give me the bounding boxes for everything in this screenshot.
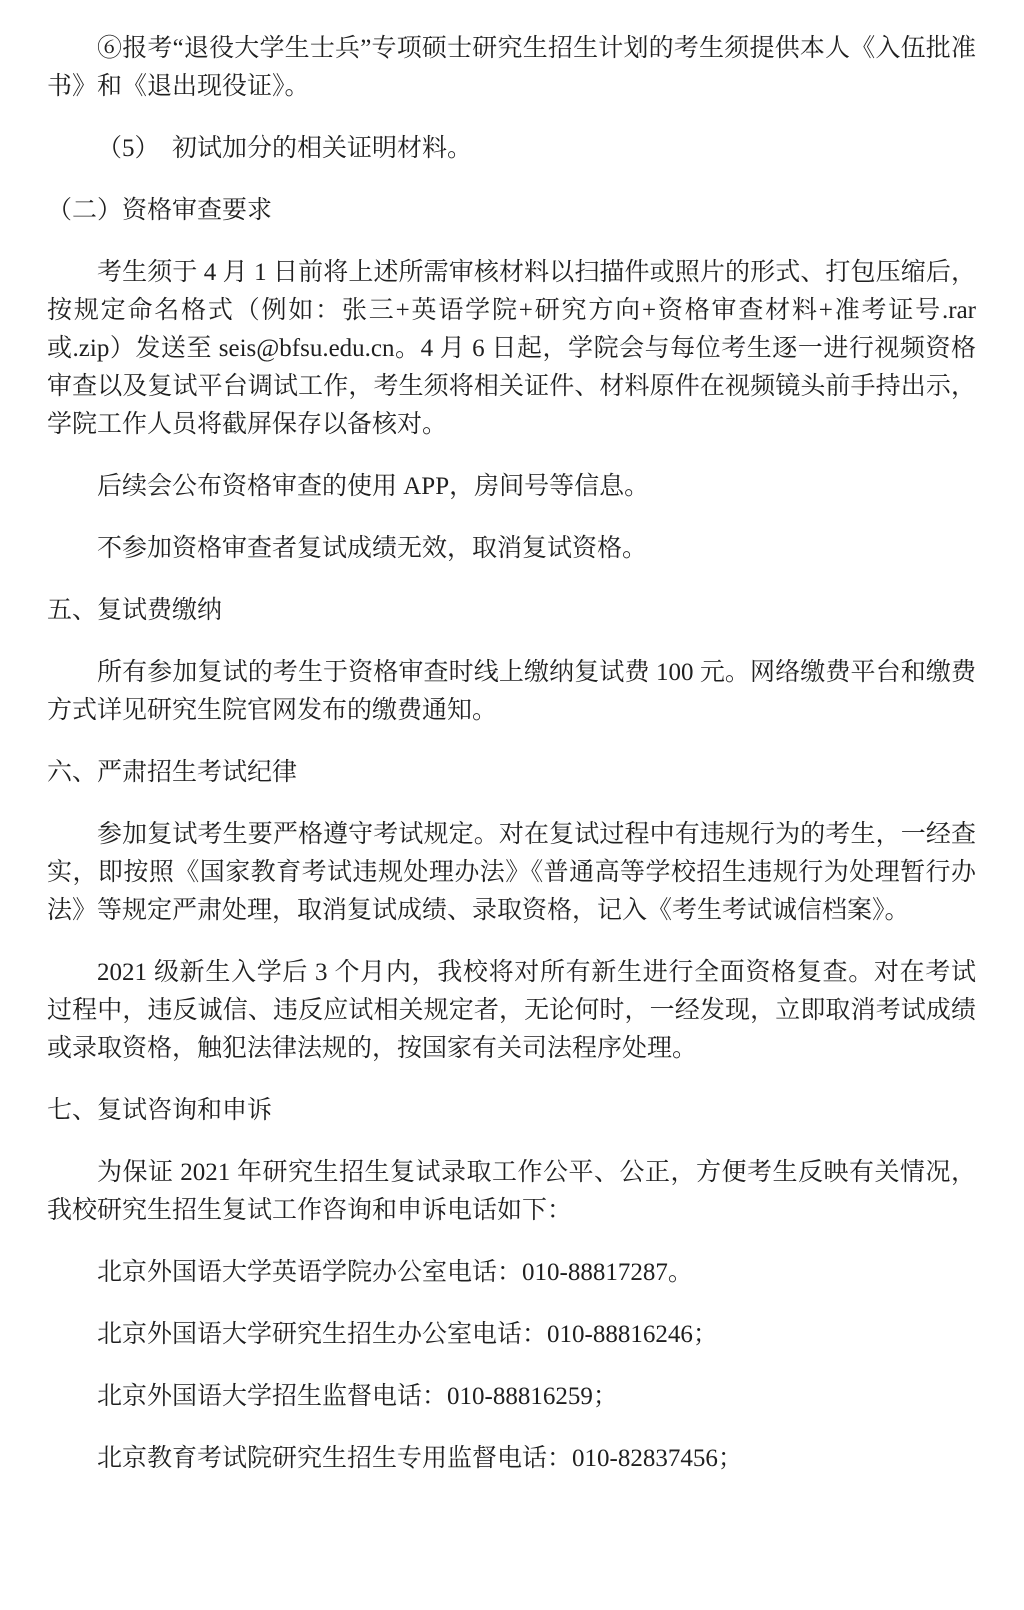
para-phone-graduate-admissions-office: 北京外国语大学研究生招生办公室电话：010-88816246； — [47, 1316, 976, 1354]
para-reexam-fee-details: 所有参加复试的考生于资格审查时线上缴纳复试费 100 元。网络缴费平台和缴费方式… — [47, 654, 976, 730]
para-phone-beijing-edu-exam-authority: 北京教育考试院研究生招生专用监督电话：010-82837456； — [47, 1440, 976, 1478]
para-no-review-invalid: 不参加资格审查者复试成绩无效，取消复试资格。 — [47, 530, 976, 568]
para-phone-english-school-office: 北京外国语大学英语学院办公室电话：010-88817287。 — [47, 1254, 976, 1292]
para-material-submission-instructions: 考生须于 4 月 1 日前将上述所需审核材料以扫描件或照片的形式、打包压缩后，按… — [47, 254, 976, 444]
heading-exam-discipline: 六、严肃招生考试纪律 — [47, 754, 976, 792]
heading-reexam-fee-payment: 五、复试费缴纳 — [47, 592, 976, 630]
para-consultation-intro: 为保证 2021 年研究生招生复试录取工作公平、公正，方便考生反映有关情况，我校… — [47, 1154, 976, 1230]
heading-consultation-appeal: 七、复试咨询和申诉 — [47, 1092, 976, 1130]
para-violation-handling: 参加复试考生要严格遵守考试规定。对在复试过程中有违规行为的考生，一经查实，即按照… — [47, 816, 976, 930]
para-enrollment-recheck: 2021 级新生入学后 3 个月内，我校将对所有新生进行全面资格复查。对在考试过… — [47, 954, 976, 1068]
para-phone-admissions-supervision: 北京外国语大学招生监督电话：010-88816259； — [47, 1378, 976, 1416]
para-veteran-special-plan: ⑥报考“退役大学生士兵”专项硕士研究生招生计划的考生须提供本人《入伍批准书》和《… — [47, 30, 976, 106]
heading-qualification-review-requirements: （二）资格审查要求 — [47, 192, 976, 230]
para-initial-exam-bonus-materials: （5） 初试加分的相关证明材料。 — [47, 130, 976, 168]
document-page: ⑥报考“退役大学生士兵”专项硕士研究生招生计划的考生须提供本人《入伍批准书》和《… — [0, 0, 1024, 1610]
para-app-room-info: 后续会公布资格审查的使用 APP，房间号等信息。 — [47, 468, 976, 506]
